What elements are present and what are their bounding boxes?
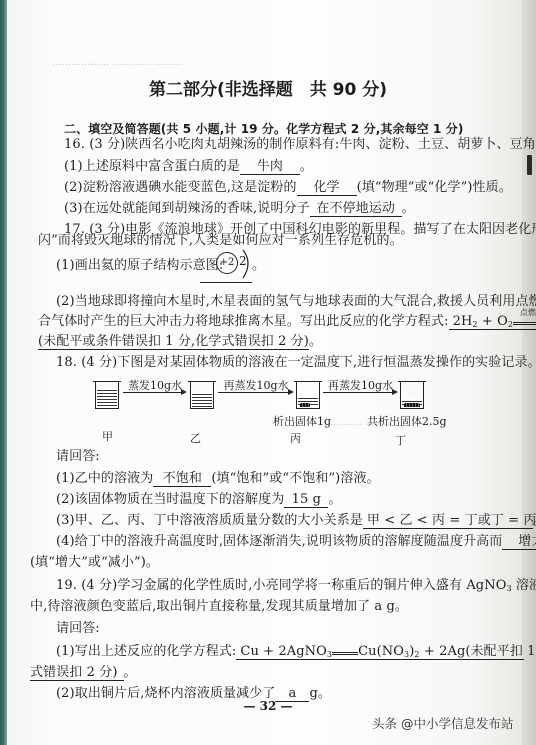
label-yi: 乙 bbox=[190, 430, 201, 446]
q16-stem: 16. (3 分)陕西名小吃肉丸胡辣汤的制作原料有:牛肉、淀粉、土豆、胡萝卜、豆… bbox=[64, 133, 536, 152]
q17-p2-line1: (2)当地球即将撞向木星时,木星表面的氢气与地球表面的大气混合,救援人员利用点燃… bbox=[56, 290, 536, 309]
punct: 。 bbox=[328, 492, 341, 507]
process-arrow-1: 蒸发10g水 bbox=[123, 377, 187, 391]
arrow-head-icon bbox=[181, 389, 187, 395]
arrow-label: 再蒸发10g水 bbox=[323, 377, 398, 393]
bleed-through-text: ·················· ············ ········… bbox=[52, 60, 182, 71]
solution-icon bbox=[192, 392, 212, 407]
precipitate-icon bbox=[404, 403, 420, 407]
eq-term: + 2Ag(未配平扣 1 分,化学 bbox=[420, 644, 536, 659]
q16-p1-prompt: (1)上述原料中富含蛋白质的是 bbox=[64, 159, 240, 174]
scan-mark bbox=[527, 155, 532, 175]
q17-p2-line2: 合气体时产生的巨大冲击力将地球推离木星。写出此反应的化学方程式:2H2 + O2… bbox=[38, 310, 536, 330]
q16-p3-prompt: (3)在远处就能闻到胡辣汤的香味,说明分子 bbox=[64, 201, 310, 216]
reaction-condition: 点燃 bbox=[513, 307, 536, 318]
arrow-shaft bbox=[218, 392, 290, 393]
arrow-label: 再蒸发10g水 bbox=[218, 377, 294, 393]
process-arrow-2: 再蒸发10g水 bbox=[218, 377, 294, 391]
q16-p2-hint: (填“物理”或“化学”)性质。 bbox=[357, 180, 512, 195]
q18-p3-answer: 甲 < 乙 < 丙 = 丁或丁 = 丙 > 乙 > 甲 bbox=[363, 509, 533, 529]
solution-icon bbox=[97, 388, 117, 407]
q18-part2: (2)该固体物质在当时温度下的溶解度为15 g。 bbox=[56, 488, 341, 508]
reaction-condition-sign: 点燃 bbox=[513, 316, 536, 325]
q18-p1-prompt: (1)乙中的溶液为 bbox=[56, 471, 153, 486]
q18-prompt: 请回答: bbox=[56, 445, 100, 464]
q18-stem: 18. (4 分)下图是对某固体物质的溶液在一定温度下,进行恒温蒸发操作的实验记… bbox=[56, 351, 536, 370]
answer-underline bbox=[200, 282, 252, 283]
q18-p4-hint: (填“增大”或“减小”)。 bbox=[30, 551, 159, 570]
q18-p2-answer: 15 g bbox=[284, 492, 328, 508]
precipitate-icon bbox=[300, 403, 310, 407]
q18-part4: (4)给丁中的溶液升高温度时,固体逐渐消失,说明该物质的溶解度随温度升高而增大 bbox=[56, 530, 536, 550]
label-bing: 丙 bbox=[290, 430, 301, 446]
page-number: — 32 — bbox=[0, 699, 536, 713]
q19-stem-text: 溶液的烧杯 bbox=[512, 578, 536, 593]
page-title: 第二部分(非选择题 共 90 分) bbox=[0, 75, 536, 100]
q18-p1-answer: 不饱和 bbox=[153, 467, 211, 487]
q18-part3: (3)甲、乙、丙、丁中溶液溶质质量分数的大小关系是甲 < 乙 < 丙 = 丁或丁… bbox=[56, 509, 536, 529]
q16-p2-answer: 化学 bbox=[297, 176, 357, 196]
q16-part2: (2)淀粉溶液遇碘水能变蓝色,这是淀粉的化学(填“物理”或“化学”)性质。 bbox=[64, 176, 512, 196]
q19-prompt: 请回答: bbox=[56, 617, 100, 636]
q17-p2-note-line: (未配平或条件错误扣 1 分,化学式错误扣 2 分)。 bbox=[38, 330, 322, 350]
punct: 。 bbox=[124, 665, 137, 680]
note-ding: 共析出固体2.5g bbox=[367, 413, 447, 429]
q18-p3-prompt: (3)甲、乙、丙、丁中溶液溶质质量分数的大小关系是 bbox=[56, 513, 363, 528]
q17-p2-answer-equation: 2H2 + O2点燃2H2O bbox=[449, 314, 536, 330]
eq-term: Cu(NO bbox=[358, 644, 404, 659]
arrow-head-icon bbox=[392, 389, 398, 395]
q16-part3: (3)在远处就能闻到胡辣汤的香味,说明分子在不停地运动。 bbox=[64, 197, 415, 217]
label-ding: 丁 bbox=[395, 432, 406, 448]
q19-stem-line2: 中,待溶液颜色变蓝后,取出铜片直接称量,发现其质量增加了 a g。 bbox=[30, 595, 408, 614]
q18-part1: (1)乙中的溶液为不饱和(填“饱和”或“不饱和”)溶液。 bbox=[56, 467, 380, 487]
q18-p1-hint: (填“饱和”或“不饱和”)溶液。 bbox=[211, 471, 379, 486]
label-jia: 甲 bbox=[102, 428, 113, 444]
beaker-bing bbox=[296, 381, 320, 409]
q19-p1-prompt: (1)写出上述反应的化学方程式: bbox=[56, 644, 236, 659]
note-bing: 析出固体1g bbox=[273, 413, 331, 429]
q17-stem-line2-text: 闪”而将毁灭地球的情况下,人类是如何应对一系列生存危机的。 bbox=[38, 229, 403, 248]
q19-stem-text: 19. (4 分)学习金属的化学性质时,小亮同学将一称重后的铜片伸入盛有 AgN… bbox=[56, 578, 506, 593]
q16-part1: (1)上述原料中富含蛋白质的是牛肉。 bbox=[64, 155, 313, 175]
punct: 。 bbox=[252, 254, 265, 273]
q19-stem-line1: 19. (4 分)学习金属的化学性质时,小亮同学将一称重后的铜片伸入盛有 AgN… bbox=[56, 574, 536, 593]
punct: 。 bbox=[300, 159, 313, 174]
binding-edge bbox=[0, 0, 7, 745]
arrow-shaft bbox=[323, 392, 394, 393]
arrow-label: 蒸发10g水 bbox=[123, 377, 187, 393]
process-arrow-3: 再蒸发10g水 bbox=[323, 377, 398, 391]
q19-p1-answer-equation: Cu + 2AgNO3Cu(NO3)2 + 2Ag(未配平扣 1 分,化学 bbox=[236, 640, 524, 660]
q17-p2-prompt: 合气体时产生的巨大冲击力将地球推离木星。写出此反应的化学方程式: bbox=[38, 314, 449, 329]
page-shadow bbox=[522, 0, 536, 745]
q17-p1-prompt: (1)画出氦的原子结构示意图: bbox=[56, 254, 223, 273]
q19-part1: (1)写出上述反应的化学方程式:Cu + 2AgNO3Cu(NO3)2 + 2A… bbox=[56, 640, 524, 660]
q16-p2-prompt: (2)淀粉溶液遇碘水能变蓝色,这是淀粉的 bbox=[64, 180, 297, 195]
q17-p2-answer-note: (未配平或条件错误扣 1 分,化学式错误扣 2 分) bbox=[38, 330, 309, 350]
q16-p3-answer: 在不停地运动 bbox=[310, 197, 402, 217]
eq-term: 2H bbox=[453, 314, 473, 329]
watermark: 头条 @中小学信息发布站 bbox=[372, 714, 513, 732]
equals-sign-icon bbox=[513, 322, 536, 325]
equals-sign-icon bbox=[332, 652, 358, 655]
q18-p4-answer: 增大 bbox=[502, 530, 536, 550]
arrow-head-icon bbox=[288, 389, 294, 395]
equals-sign bbox=[332, 647, 358, 655]
q18-p4-prompt: (4)给丁中的溶液升高温度时,固体逐渐消失,说明该物质的溶解度随温度升高而 bbox=[56, 534, 502, 549]
evaporation-experiment-diagram: 蒸发10g水 再蒸发10g水 再蒸发10g水 析出固体1g 共析出固体2.5g … bbox=[90, 375, 450, 450]
punct: 。 bbox=[402, 201, 415, 216]
q19-p1-note-line: 式错误扣 2 分)。 bbox=[30, 661, 137, 681]
eq-term: Cu + 2AgNO bbox=[240, 644, 327, 659]
beaker-ding bbox=[400, 381, 424, 409]
beaker-jia bbox=[95, 381, 119, 409]
eq-term: + O bbox=[478, 314, 508, 329]
q16-p1-answer: 牛肉 bbox=[240, 155, 300, 175]
arrow-shaft bbox=[123, 392, 183, 393]
q18-p2-prompt: (2)该固体物质在当时温度下的溶解度为 bbox=[56, 492, 284, 507]
q19-p1-answer-note: 式错误扣 2 分) bbox=[30, 661, 124, 681]
beaker-yi bbox=[190, 381, 214, 409]
punct: 。 bbox=[309, 334, 322, 349]
